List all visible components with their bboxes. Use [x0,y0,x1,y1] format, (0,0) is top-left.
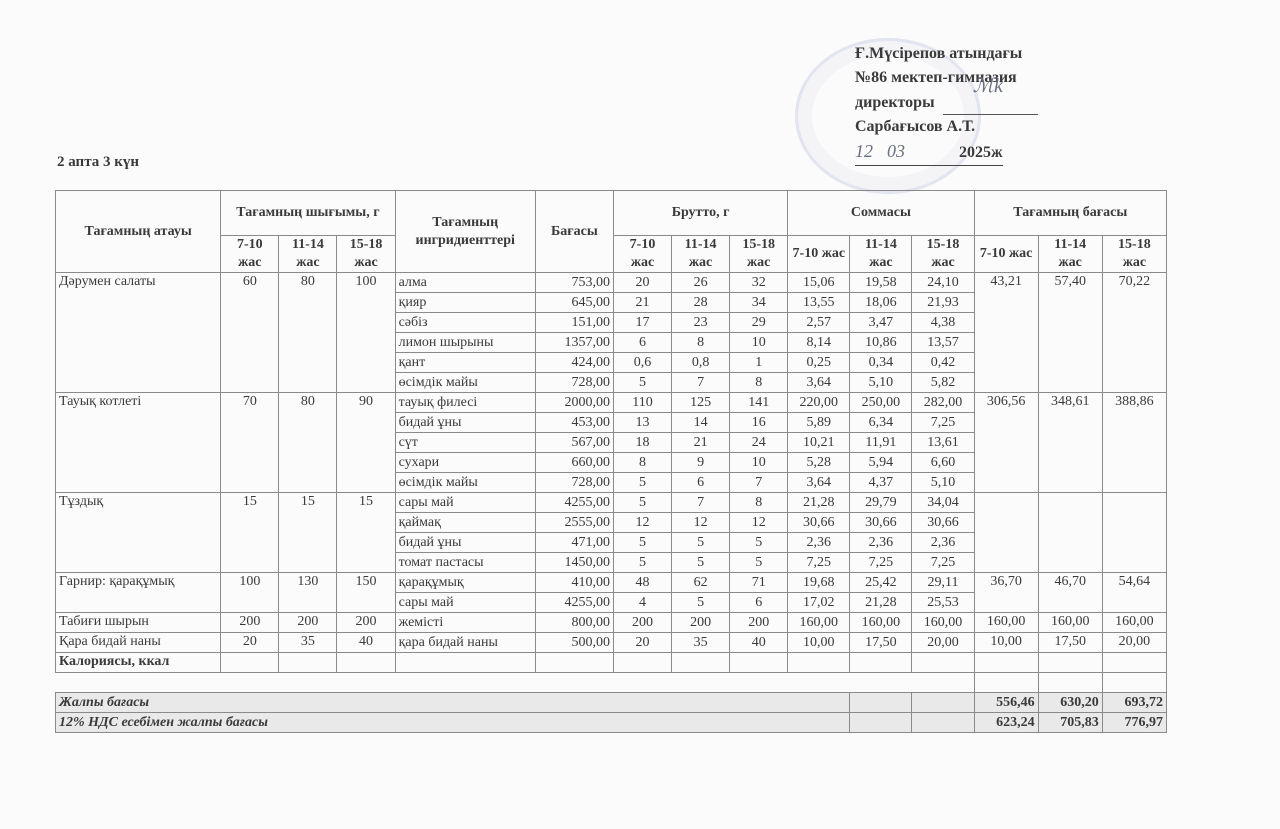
ingredient-sum: 18,06 [850,293,912,313]
ingredient-brutto: 5 [613,553,671,573]
ingredient-sum: 29,11 [912,573,974,593]
dish-yield: 130 [279,573,337,613]
spacer-cell [974,673,1038,693]
ingredient-brutto: 5 [613,493,671,513]
ingredient-sum: 11,91 [850,433,912,453]
total-row: 12% НДС есебімен жалпы бағасы623,24705,8… [56,713,1167,733]
header-age: 11-14 жас [279,236,337,273]
header-age: 11-14 жас [1038,236,1102,273]
calories-label: Калориясы, ккал [56,653,221,673]
ingredient-name: қара бидай наны [395,633,535,653]
ingredient-name: қант [395,353,535,373]
header-age: 15-18 жас [912,236,974,273]
ingredient-brutto: 40 [730,633,788,653]
ingredient-sum: 160,00 [788,613,850,633]
ingredient-sum: 5,94 [850,453,912,473]
ingredient-brutto: 5 [613,473,671,493]
ingredient-sum: 7,25 [788,553,850,573]
total-value: 630,20 [1038,693,1102,713]
ingredient-brutto: 200 [613,613,671,633]
ingredient-name: қаймақ [395,513,535,533]
total-empty [850,693,912,713]
ingredient-sum: 13,57 [912,333,974,353]
ingredient-sum: 5,10 [912,473,974,493]
ingredient-sum: 17,50 [850,633,912,653]
ingredient-brutto: 5 [672,533,730,553]
total-value: 705,83 [1038,713,1102,733]
ingredient-sum: 0,42 [912,353,974,373]
header-yield: Тағамның шығымы, г [221,191,395,236]
ingredient-brutto: 6 [730,593,788,613]
ingredient-brutto: 8 [730,373,788,393]
ingredient-sum: 7,25 [912,413,974,433]
ingredient-brutto: 0,6 [613,353,671,373]
spacer-row [56,673,1167,693]
ingredient-brutto: 200 [730,613,788,633]
dish-total-price: 306,56 [974,393,1038,493]
table-row: Гарнир: қарақұмық100130150қарақұмық410,0… [56,573,1167,593]
header-age: 7-10 жас [788,236,850,273]
total-value: 776,97 [1102,713,1166,733]
ingredient-name: тауық филесі [395,393,535,413]
header-brutto: Брутто, г [613,191,787,236]
ingredient-sum: 6,34 [850,413,912,433]
dish-total-price: 160,00 [974,613,1038,633]
ingredient-sum: 4,37 [850,473,912,493]
ingredient-name: алма [395,273,535,293]
ingredient-brutto: 6 [613,333,671,353]
ingredient-price: 453,00 [535,413,613,433]
table-row: Дәрумен салаты6080100алма753,0020263215,… [56,273,1167,293]
ingredient-brutto: 20 [613,633,671,653]
total-empty [850,713,912,733]
ingredient-sum: 2,36 [788,533,850,553]
ingredient-sum: 5,10 [850,373,912,393]
ingredient-brutto: 7 [672,493,730,513]
total-label: Жалпы бағасы [56,693,850,713]
ingredient-sum: 30,66 [850,513,912,533]
ingredient-price: 728,00 [535,473,613,493]
calories-cell [974,653,1038,673]
header-row: Тағамның атауыТағамның шығымы, гТағамның… [56,191,1167,236]
signature-line: ℳk [943,90,1038,115]
dish-yield: 150 [337,573,395,613]
ingredient-sum: 34,04 [912,493,974,513]
ingredient-price: 410,00 [535,573,613,593]
ingredient-name: сары май [395,593,535,613]
ingredient-brutto: 18 [613,433,671,453]
header-ingredients: Тағамның ингридиенттері [395,191,535,273]
dish-yield: 15 [337,493,395,573]
ingredient-price: 424,00 [535,353,613,373]
header-sum: Соммасы [788,191,974,236]
ingredient-sum: 5,82 [912,373,974,393]
ingredient-sum: 30,66 [788,513,850,533]
dish-yield: 200 [279,613,337,633]
dish-total-price: 57,40 [1038,273,1102,393]
ingredient-brutto: 48 [613,573,671,593]
total-empty [912,693,974,713]
dish-yield: 15 [221,493,279,573]
ingredient-sum: 20,00 [912,633,974,653]
ingredient-brutto: 8 [672,333,730,353]
header-age: 11-14 жас [850,236,912,273]
ingredient-sum: 160,00 [850,613,912,633]
approval-school-number: №86 мектеп-гимназия [855,66,1038,90]
ingredient-brutto: 5 [672,553,730,573]
dish-yield: 80 [279,393,337,493]
ingredient-brutto: 9 [672,453,730,473]
ingredient-brutto: 10 [730,453,788,473]
header-age: 11-14 жас [672,236,730,273]
ingredient-price: 151,00 [535,313,613,333]
total-empty [912,713,974,733]
ingredient-name: қарақұмық [395,573,535,593]
ingredient-brutto: 200 [672,613,730,633]
ingredient-brutto: 24 [730,433,788,453]
header-age: 15-18 жас [1102,236,1166,273]
total-row: Жалпы бағасы556,46630,20693,72 [56,693,1167,713]
calories-cell [221,653,279,673]
ingredient-brutto: 5 [730,553,788,573]
table-row: Қара бидай наны203540қара бидай наны500,… [56,633,1167,653]
ingredient-brutto: 5 [672,593,730,613]
calories-cell [279,653,337,673]
dish-total-price: 10,00 [974,633,1038,653]
dish-total-price [1038,493,1102,573]
ingredient-price: 471,00 [535,533,613,553]
ingredient-sum: 17,02 [788,593,850,613]
dish-yield: 200 [221,613,279,633]
calories-cell [395,653,535,673]
approval-director-title: директоры [855,94,935,111]
dish-yield: 60 [221,273,279,393]
ingredient-price: 800,00 [535,613,613,633]
ingredient-sum: 7,25 [850,553,912,573]
dish-yield: 80 [279,273,337,393]
dish-name: Дәрумен салаты [56,273,221,393]
ingredient-sum: 3,64 [788,373,850,393]
ingredient-sum: 21,28 [850,593,912,613]
total-value: 623,24 [974,713,1038,733]
approval-director-name: Сарбағысов А.Т. [855,115,1038,139]
table-row: Табиғи шырын200200200жемісті800,00200200… [56,613,1167,633]
ingredient-sum: 282,00 [912,393,974,413]
dish-total-price: 17,50 [1038,633,1102,653]
ingredient-sum: 10,00 [788,633,850,653]
dish-name: Табиғи шырын [56,613,221,633]
dish-total-price: 160,00 [1038,613,1102,633]
calories-cell [912,653,974,673]
dish-yield: 20 [221,633,279,653]
ingredient-price: 4255,00 [535,593,613,613]
ingredient-price: 753,00 [535,273,613,293]
ingredient-brutto: 71 [730,573,788,593]
calories-cell [613,653,671,673]
ingredient-brutto: 23 [672,313,730,333]
menu-table: Тағамның атауыТағамның шығымы, гТағамның… [55,190,1167,733]
ingredient-brutto: 125 [672,393,730,413]
dish-yield: 35 [279,633,337,653]
ingredient-name: сүт [395,433,535,453]
ingredient-sum: 3,64 [788,473,850,493]
ingredient-name: лимон шырыны [395,333,535,353]
approval-date: 12 03 2025ж [855,139,1003,166]
dish-total-price: 54,64 [1102,573,1166,613]
ingredient-brutto: 7 [730,473,788,493]
dish-total-price: 20,00 [1102,633,1166,653]
ingredient-brutto: 13 [613,413,671,433]
ingredient-brutto: 12 [730,513,788,533]
ingredient-name: сары май [395,493,535,513]
ingredient-sum: 2,36 [850,533,912,553]
signature: ℳk [973,74,1003,98]
ingredient-brutto: 0,8 [672,353,730,373]
approval-school-name: Ғ.Мүсірепов атындағы [855,42,1038,66]
ingredient-sum: 10,21 [788,433,850,453]
dish-total-price: 160,00 [1102,613,1166,633]
ingredient-sum: 19,68 [788,573,850,593]
table-row: Тұздық151515сары май4255,0057821,2829,79… [56,493,1167,513]
dish-name: Тұздық [56,493,221,573]
ingredient-brutto: 29 [730,313,788,333]
ingredient-brutto: 62 [672,573,730,593]
ingredient-price: 1450,00 [535,553,613,573]
ingredient-brutto: 7 [672,373,730,393]
ingredient-sum: 25,53 [912,593,974,613]
approval-block: Ғ.Мүсірепов атындағы №86 мектеп-гимназия… [855,42,1038,166]
ingredient-price: 4255,00 [535,493,613,513]
header-age: 7-10 жас [974,236,1038,273]
header-age: 7-10 жас [221,236,279,273]
calories-cell [672,653,730,673]
calories-cell [535,653,613,673]
spacer-cell [1038,673,1102,693]
ingredient-price: 645,00 [535,293,613,313]
date-month: 03 [887,141,905,161]
header-age: 15-18 жас [337,236,395,273]
dish-name: Тауық котлеті [56,393,221,493]
ingredient-brutto: 110 [613,393,671,413]
ingredient-price: 2555,00 [535,513,613,533]
ingredient-name: қияр [395,293,535,313]
ingredient-brutto: 17 [613,313,671,333]
ingredient-brutto: 21 [672,433,730,453]
ingredient-sum: 160,00 [912,613,974,633]
ingredient-price: 1357,00 [535,333,613,353]
ingredient-brutto: 12 [672,513,730,533]
ingredient-brutto: 10 [730,333,788,353]
ingredient-name: сухари [395,453,535,473]
ingredient-price: 2000,00 [535,393,613,413]
spacer-cell [56,673,975,693]
ingredient-brutto: 28 [672,293,730,313]
ingredient-sum: 4,38 [912,313,974,333]
ingredient-brutto: 5 [613,533,671,553]
ingredient-sum: 7,25 [912,553,974,573]
ingredient-name: бидай ұны [395,413,535,433]
ingredient-sum: 0,25 [788,353,850,373]
total-value: 693,72 [1102,693,1166,713]
dish-name: Гарнир: қарақұмық [56,573,221,613]
approval-director-line: директоры ℳk [855,90,1038,115]
table-row: Тауық котлеті708090тауық филесі2000,0011… [56,393,1167,413]
calories-cell [788,653,850,673]
dish-total-price: 348,61 [1038,393,1102,493]
ingredient-brutto: 8 [613,453,671,473]
ingredient-brutto: 34 [730,293,788,313]
ingredient-sum: 220,00 [788,393,850,413]
ingredient-brutto: 4 [613,593,671,613]
header-dish-name: Тағамның атауы [56,191,221,273]
ingredient-brutto: 35 [672,633,730,653]
header-age: 7-10 жас [613,236,671,273]
ingredient-sum: 5,28 [788,453,850,473]
ingredient-sum: 21,28 [788,493,850,513]
ingredient-price: 567,00 [535,433,613,453]
ingredient-brutto: 32 [730,273,788,293]
ingredient-sum: 10,86 [850,333,912,353]
ingredient-price: 660,00 [535,453,613,473]
calories-cell [730,653,788,673]
ingredient-name: бидай ұны [395,533,535,553]
date-day: 12 [855,141,873,161]
ingredient-brutto: 8 [730,493,788,513]
ingredient-name: өсімдік майы [395,373,535,393]
dish-yield: 15 [279,493,337,573]
ingredient-sum: 13,61 [912,433,974,453]
total-label: 12% НДС есебімен жалпы бағасы [56,713,850,733]
calories-cell [1102,653,1166,673]
calories-row: Калориясы, ккал [56,653,1167,673]
dish-yield: 200 [337,613,395,633]
ingredient-sum: 3,47 [850,313,912,333]
dish-yield: 100 [221,573,279,613]
ingredient-brutto: 16 [730,413,788,433]
ingredient-sum: 21,93 [912,293,974,313]
calories-cell [850,653,912,673]
ingredient-brutto: 12 [613,513,671,533]
calories-cell [337,653,395,673]
ingredient-price: 500,00 [535,633,613,653]
dish-total-price: 36,70 [974,573,1038,613]
ingredient-brutto: 5 [613,373,671,393]
dish-yield: 90 [337,393,395,493]
dish-total-price: 70,22 [1102,273,1166,393]
dish-total-price: 388,86 [1102,393,1166,493]
ingredient-price: 728,00 [535,373,613,393]
ingredient-brutto: 5 [730,533,788,553]
header-age: 15-18 жас [730,236,788,273]
ingredient-brutto: 14 [672,413,730,433]
header-price: Бағасы [535,191,613,273]
ingredient-name: жемісті [395,613,535,633]
calories-cell [1038,653,1102,673]
ingredient-name: сәбіз [395,313,535,333]
ingredient-name: томат пастасы [395,553,535,573]
ingredient-sum: 25,42 [850,573,912,593]
ingredient-sum: 13,55 [788,293,850,313]
ingredient-brutto: 6 [672,473,730,493]
dish-yield: 40 [337,633,395,653]
dish-total-price: 46,70 [1038,573,1102,613]
ingredient-brutto: 141 [730,393,788,413]
dish-name: Қара бидай наны [56,633,221,653]
ingredient-brutto: 1 [730,353,788,373]
ingredient-sum: 15,06 [788,273,850,293]
ingredient-sum: 19,58 [850,273,912,293]
ingredient-sum: 30,66 [912,513,974,533]
total-value: 556,46 [974,693,1038,713]
date-year: 2025ж [959,144,1003,161]
ingredient-sum: 250,00 [850,393,912,413]
ingredient-sum: 2,36 [912,533,974,553]
dish-yield: 100 [337,273,395,393]
ingredient-brutto: 26 [672,273,730,293]
ingredient-sum: 5,89 [788,413,850,433]
ingredient-sum: 8,14 [788,333,850,353]
ingredient-brutto: 21 [613,293,671,313]
dish-total-price [1102,493,1166,573]
ingredient-name: өсімдік майы [395,473,535,493]
dish-total-price: 43,21 [974,273,1038,393]
ingredient-brutto: 20 [613,273,671,293]
ingredient-sum: 24,10 [912,273,974,293]
ingredient-sum: 6,60 [912,453,974,473]
dish-total-price [974,493,1038,573]
ingredient-sum: 0,34 [850,353,912,373]
header-dish-price: Тағамның бағасы [974,191,1166,236]
ingredient-sum: 2,57 [788,313,850,333]
day-title: 2 апта 3 күн [57,154,139,171]
ingredient-sum: 29,79 [850,493,912,513]
spacer-cell [1102,673,1166,693]
dish-yield: 70 [221,393,279,493]
